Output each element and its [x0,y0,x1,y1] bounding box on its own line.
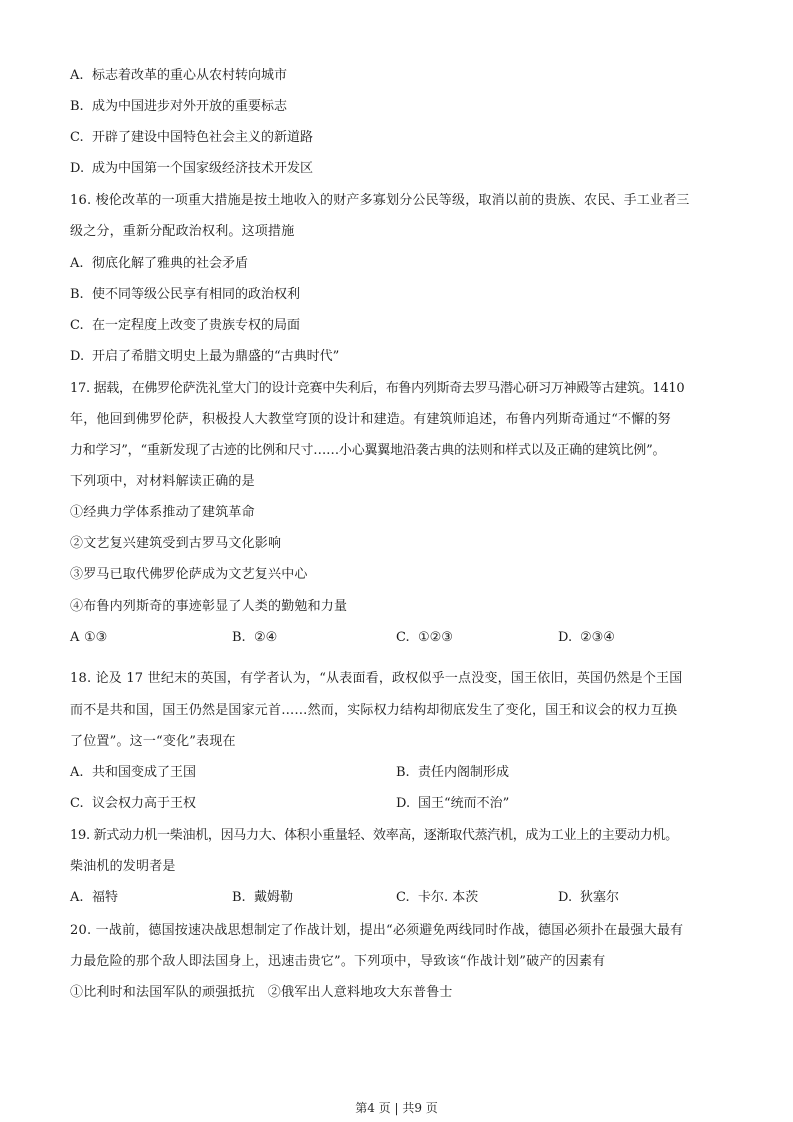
option-letter: C. [396,629,418,647]
option-letter: D. [396,795,418,813]
option-text: 开启了希腊文明史上最为鼎盛的“古典时代” [92,349,339,364]
option-letter: A. [70,255,92,273]
q16-option-b: B.使不同等级公民享有相同的政治权利 [70,286,300,304]
q15-option-a: A.标志着改革的重心从农村转向城市 [70,67,287,85]
q19-stem-line-2: 柴油机的发明者是 [70,858,176,876]
q20-stem-line-2: 力最危险的那个敌人即法国身上，迅速击贵它”。下列项中，导致该“作战计划”破产的因… [70,953,605,971]
option-text: 使不同等级公民享有相同的政治权利 [92,287,300,302]
option-letter: B. [232,629,254,647]
option-text: 议会权力高于王权 [92,796,196,811]
option-text: 戴姆勒 [254,890,293,905]
option-letter: A. [70,889,92,907]
option-text: 共和国变成了王国 [92,765,196,780]
option-letter: C. [70,795,92,813]
option-letter: B. [396,764,418,782]
option-text: 成为中国进步对外开放的重要标志 [92,99,287,114]
option-letter: C. [70,317,92,335]
q19-option-c: C.卡尔. 本茨 [396,889,478,907]
q17-option-a: A①③ [70,629,107,647]
option-text: 责任内阁制形成 [418,765,509,780]
option-letter: B. [70,98,92,116]
page-number-footer: 第4 页 | 共9 页 [0,1100,793,1116]
q19-option-d: D.狄塞尔 [558,889,619,907]
option-text: 彻底化解了雅典的社会矛盾 [92,256,248,271]
q19-option-b: B.戴姆勒 [232,889,293,907]
q17-option-b: B.②④ [232,629,277,647]
option-letter: A. [70,67,92,85]
q16-option-c: C.在一定程度上改变了贵族专权的局面 [70,317,300,335]
option-text: 在一定程度上改变了贵族专权的局面 [92,318,300,333]
option-letter: B. [70,286,92,304]
option-letter: D. [70,348,92,366]
q20-stem-line-1: 20. 一战前，德国按速决战思想制定了作战计划，提出“必须避免两线同时作战，德国… [70,922,683,940]
option-text: ②④ [254,630,277,645]
option-letter: C. [70,129,92,147]
option-text: 卡尔. 本茨 [418,890,478,905]
q17-stem-line-2: 年，他回到佛罗伦萨，积极投人大教堂穹顶的设计和建造。有建筑师追述，布鲁内列斯奇通… [70,411,671,429]
q18-option-b: B.责任内阁制形成 [396,764,509,782]
option-text: 标志着改革的重心从农村转向城市 [92,68,287,83]
q18-option-d: D.国王“统而不治” [396,795,509,813]
q17-stem-line-3: 力和学习”，“重新发现了古迹的比例和尺寸……小心翼翼地沿袭古典的法则和样式以及正… [70,442,665,460]
q16-option-d: D.开启了希腊文明史上最为鼎盛的“古典时代” [70,348,339,366]
option-text: 国王“统而不治” [418,796,509,811]
q15-option-d: D.成为中国第一个国家级经济技术开发区 [70,160,313,178]
option-text: 成为中国第一个国家级经济技术开发区 [92,161,313,176]
q17-option-d: D.②③④ [558,629,615,647]
option-text: 狄塞尔 [580,890,619,905]
option-letter: D. [70,160,92,178]
q18-option-a: A.共和国变成了王国 [70,764,196,782]
q17-statement-4: ④布鲁内列斯奇的事迹彰显了人类的勤勉和力量 [70,598,347,616]
q16-option-a: A.彻底化解了雅典的社会矛盾 [70,255,248,273]
q17-option-c: C.①②③ [396,629,453,647]
q19-stem-line-1: 19. 新式动力机一柴油机，因马力大、体积小重量轻、效率高，逐渐取代蒸汽机，成为… [70,827,678,845]
q20-statements-line: ①比利时和法国军队的顽强抵抗 ②俄军出人意料地攻大东普鲁士 [70,984,453,1002]
option-letter: C. [396,889,418,907]
q18-stem-line-1: 18. 论及 17 世纪末的英国，有学者认为，“从表面看，政权似乎一点没变，国王… [70,670,682,688]
q17-statement-1: ①经典力学体系推动了建筑革命 [70,504,255,522]
q19-option-a: A.福特 [70,889,118,907]
option-text: 福特 [92,890,118,905]
q17-statement-2: ②文艺复兴建筑受到古罗马文化影响 [70,535,281,553]
option-text: ①③ [84,630,107,645]
option-letter: D. [558,629,580,647]
option-letter: A [70,629,84,647]
option-text: ①②③ [418,630,453,645]
q18-option-c: C.议会权力高于王权 [70,795,196,813]
q16-stem-line-2: 级之分，重新分配政治权利。这项措施 [70,223,294,241]
option-letter: B. [232,889,254,907]
q18-stem-line-3: 了位置”。这一“变化”表现在 [70,733,236,751]
q15-option-b: B.成为中国进步对外开放的重要标志 [70,98,287,116]
q18-stem-line-2: 而不是共和国，国王仍然是国家元首……然而，实际权力结构却彻底发生了变化，国王和议… [70,702,677,720]
q17-stem-line-1: 17. 据载，在佛罗伦萨洗礼堂大门的设计竞赛中失利后，布鲁内列斯奇去罗马潜心研习… [70,380,684,398]
option-text: ②③④ [580,630,615,645]
q17-statement-3: ③罗马已取代佛罗伦萨成为文艺复兴中心 [70,566,308,584]
q15-option-c: C.开辟了建设中国特色社会主义的新道路 [70,129,313,147]
option-letter: D. [558,889,580,907]
option-text: 开辟了建设中国特色社会主义的新道路 [92,130,313,145]
option-letter: A. [70,764,92,782]
q16-stem-line-1: 16. 梭伦改革的一项重大措施是按土地收入的财产多寡划分公民等级，取消以前的贵族… [70,192,690,210]
q17-stem-line-4: 下列项中，对材料解读正确的是 [70,473,255,491]
